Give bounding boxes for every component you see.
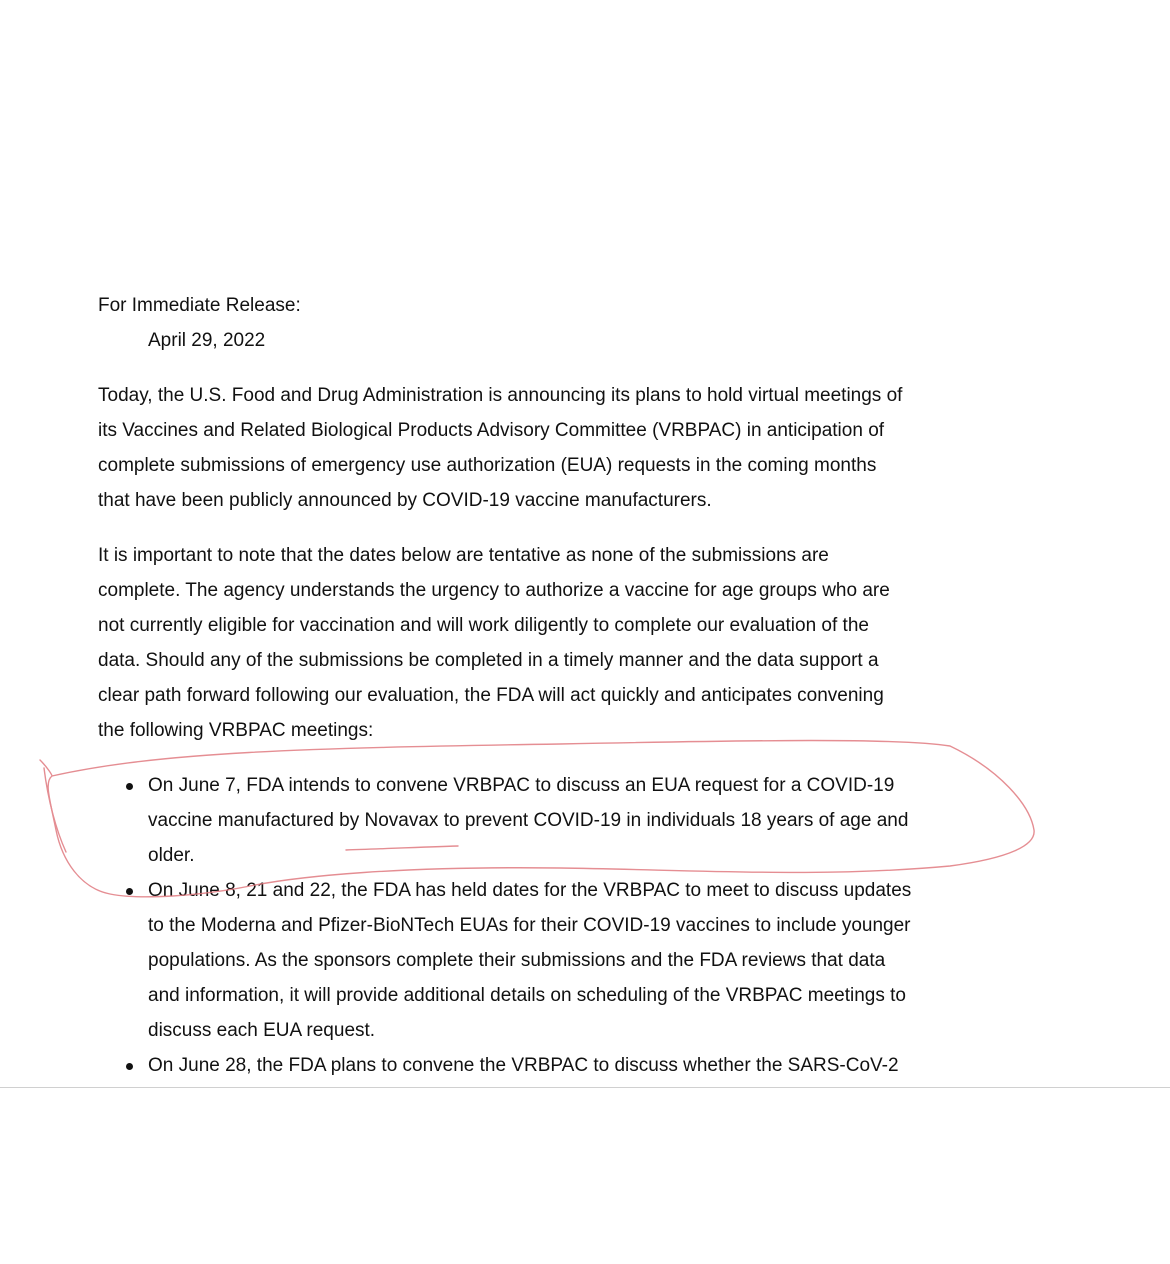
release-date: April 29, 2022 bbox=[148, 323, 265, 358]
paragraph-line: that have been publicly announced by COV… bbox=[98, 483, 978, 518]
bullet-line: On June 28, the FDA plans to convene the… bbox=[148, 1048, 978, 1083]
bullet-icon bbox=[126, 1063, 133, 1070]
paragraph-line: clear path forward following our evaluat… bbox=[98, 678, 978, 713]
bullet-line: populations. As the sponsors complete th… bbox=[148, 943, 978, 978]
bullet-line: discuss each EUA request. bbox=[148, 1013, 978, 1048]
paragraph-line: complete submissions of emergency use au… bbox=[98, 448, 978, 483]
bullet-line: to the Moderna and Pfizer-BioNTech EUAs … bbox=[148, 908, 978, 943]
bullet-line: and information, it will provide additio… bbox=[148, 978, 978, 1013]
paragraph-line: the following VRBPAC meetings: bbox=[98, 713, 978, 748]
bullet-line: On June 8, 21 and 22, the FDA has held d… bbox=[148, 873, 978, 908]
list-item-june-8-21-22: On June 8, 21 and 22, the FDA has held d… bbox=[98, 873, 978, 1048]
release-label: For Immediate Release: bbox=[98, 288, 301, 323]
paragraph-line: not currently eligible for vaccination a… bbox=[98, 608, 978, 643]
page-divider bbox=[0, 1087, 1170, 1088]
bullet-line: older. bbox=[148, 838, 978, 873]
intro-paragraph: Today, the U.S. Food and Drug Administra… bbox=[98, 378, 978, 518]
paragraph-line: data. Should any of the submissions be c… bbox=[98, 643, 978, 678]
paragraph-line: its Vaccines and Related Biological Prod… bbox=[98, 413, 978, 448]
paragraph-line: Today, the U.S. Food and Drug Administra… bbox=[98, 378, 978, 413]
bullet-line: vaccine manufactured by Novavax to preve… bbox=[148, 803, 978, 838]
bullet-line: On June 7, FDA intends to convene VRBPAC… bbox=[148, 768, 978, 803]
list-item-june-28: On June 28, the FDA plans to convene the… bbox=[98, 1048, 978, 1083]
paragraph-line: It is important to note that the dates b… bbox=[98, 538, 978, 573]
list-item-june-7: On June 7, FDA intends to convene VRBPAC… bbox=[98, 768, 978, 873]
bullet-icon bbox=[126, 888, 133, 895]
bullet-icon bbox=[126, 783, 133, 790]
paragraph-line: complete. The agency understands the urg… bbox=[98, 573, 978, 608]
meetings-list: On June 7, FDA intends to convene VRBPAC… bbox=[98, 768, 978, 1083]
tentative-dates-paragraph: It is important to note that the dates b… bbox=[98, 538, 978, 748]
